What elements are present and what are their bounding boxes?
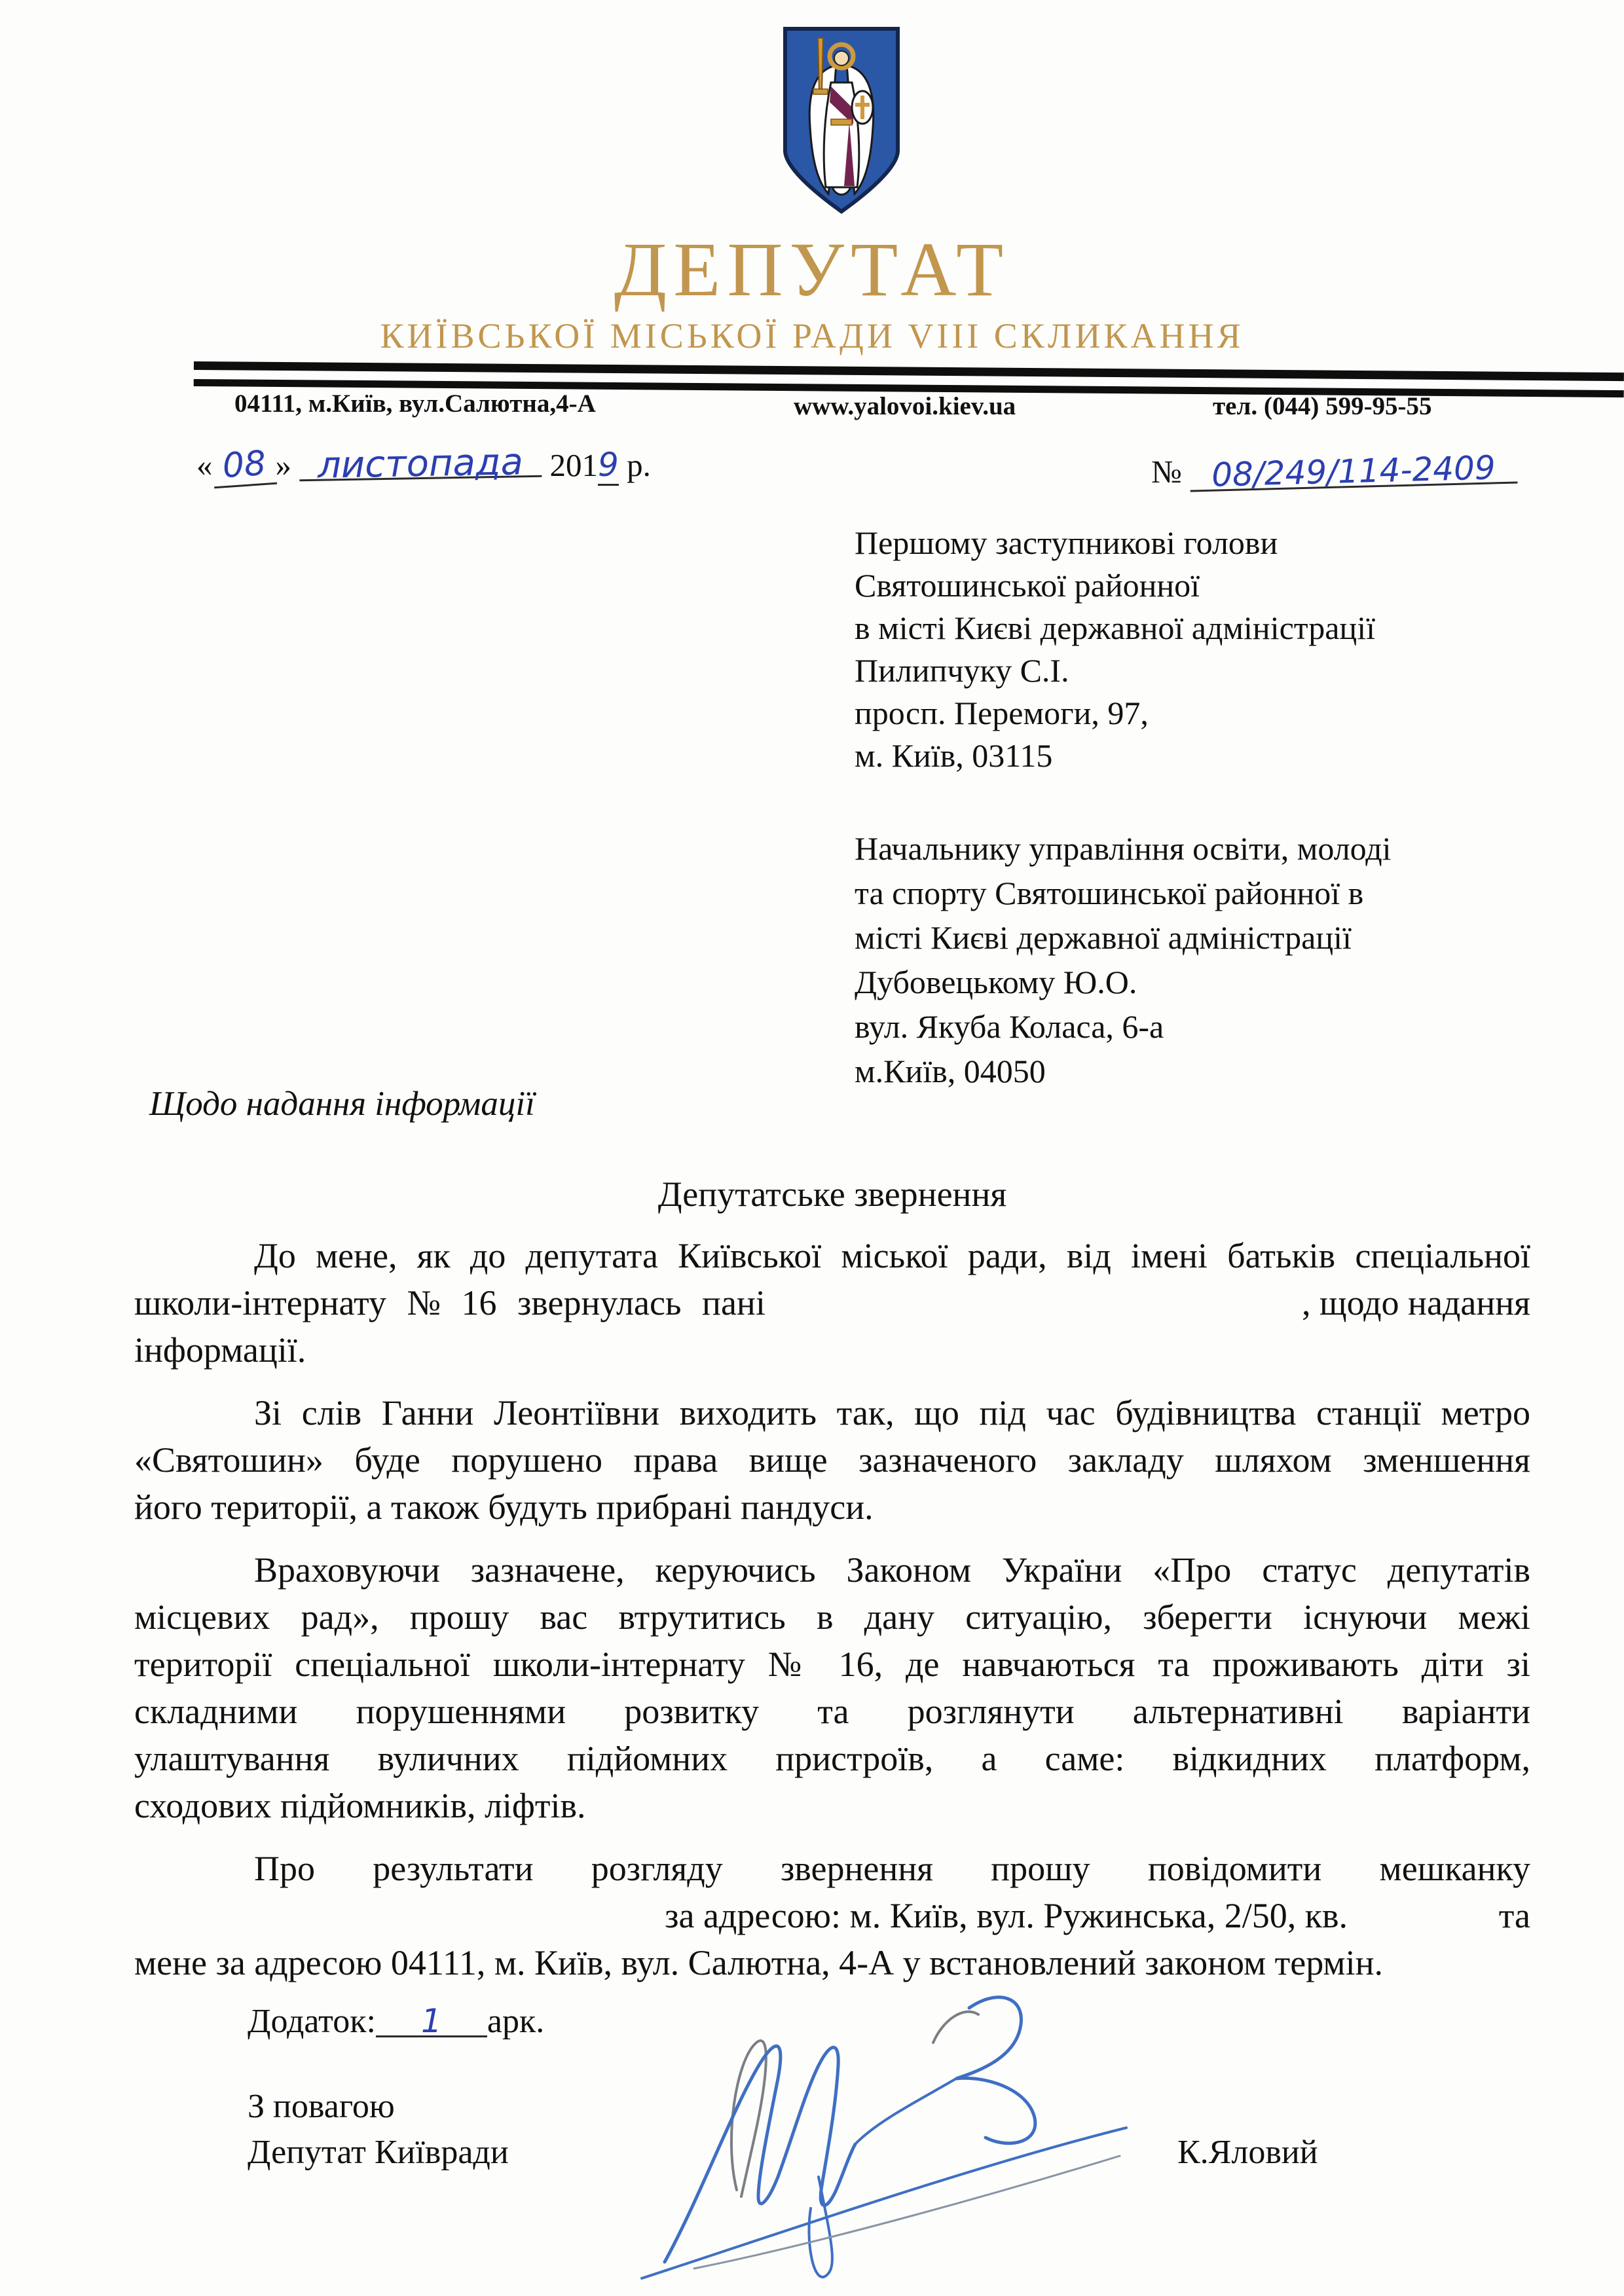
body-line: Зі слів Ганни Леонтіївни виходить так, щ… [134,1389,1530,1436]
recipient-line: місті Києві державної адміністрації [855,915,1503,960]
contact-phone: тел. (044) 599-95-55 [1213,392,1432,421]
salutation: З повагою [248,2087,395,2126]
body-line: за адресою: м. Київ, вул. Ружинська, 2/5… [134,1892,1530,1939]
signer-name: К.Яловий [1177,2133,1318,2172]
contact-website: www.yalovoi.kiev.ua [794,392,1016,421]
recipient-line: Начальнику управління освіти, молоді [855,826,1503,871]
body-line: «Святошин» буде порушено права вище зазн… [134,1436,1530,1484]
recipient-line: просп. Перемоги, 97, [855,692,1503,735]
number-label: № [1151,454,1182,490]
quote-open: « [196,447,213,483]
paragraphs-container: До мене, як до депутата Київської місько… [134,1232,1530,1986]
body-line: До мене, як до депутата Київської місько… [134,1232,1530,1279]
recipient-block-1: Першому заступникові головиСвятошинської… [855,522,1503,777]
recipient-line: м.Київ, 04050 [855,1049,1503,1093]
attachment-line: Додаток:1арк. [248,2002,544,2041]
scanned-letter-page: ДЕПУТАТ КИЇВСЬКОЇ МІСЬКОЇ РАДИ VIII СКЛИ… [0,0,1624,2296]
recipient-line: вул. Якуба Коласа, 6-а [855,1004,1503,1049]
body-line: Враховуючи зазначене, керуючись Законом … [134,1546,1530,1594]
date-year-handwritten: 9 [598,446,619,486]
body-line: складними порушеннями розвитку та розгля… [134,1688,1530,1735]
contact-address: 04111, м.Київ, вул.Салютна,4-А [234,389,596,418]
letter-body: Депутатське звернення До мене, як до деп… [134,1171,1530,2002]
paragraph: До мене, як до депутата Київської місько… [134,1232,1530,1374]
ref-number-line: № 08/249/114-2409 [1151,453,1517,490]
date-suffix: р. [627,447,651,483]
recipient-line: Дубовецькому Ю.О. [855,960,1503,1004]
recipient-block-2: Начальнику управління освіти, молодіта с… [855,826,1503,1093]
recipient-line: Святошинської районної [855,564,1503,607]
date-month-handwritten: листопада [299,449,542,481]
body-line: мене за адресою 04111, м. Київ, вул. Сал… [134,1939,1530,1986]
date-day-handwritten: 08 [211,443,276,489]
body-line: улаштування вуличних підйомних пристроїв… [134,1735,1530,1782]
body-line: території спеціальної школи-інтернату № … [134,1641,1530,1688]
recipient-line: в місті Києві державної адміністрації [855,607,1503,649]
recipient-line: Пилипчуку С.І. [855,649,1503,692]
paragraph: Враховуючи зазначене, керуючись Законом … [134,1546,1530,1829]
recipient-line: м. Київ, 03115 [855,735,1503,777]
body-heading: Депутатське звернення [134,1171,1530,1218]
attachment-label: Додаток: [248,2003,376,2040]
paragraph: Зі слів Ганни Леонтіївни виходить так, щ… [134,1389,1530,1531]
letter-title: ДЕПУТАТ [0,225,1624,314]
date-line: «08» листопада 2019 р. [196,445,651,486]
attachment-count-handwritten: 1 [421,2002,442,2040]
recipient-line: Першому заступникові голови [855,522,1503,564]
recipient-line: та спорту Святошинської районної в [855,871,1503,915]
body-line: Про результати розгляду звернення прошу … [134,1845,1530,1892]
body-line: інформації. [134,1326,1530,1374]
signer-position: Депутат Київради [248,2133,509,2172]
paragraph: Про результати розгляду звернення прошу … [134,1845,1530,1986]
kyiv-emblem [776,22,907,219]
ref-number-handwritten: 08/249/114-2409 [1189,452,1517,492]
sword [818,38,823,92]
body-line: школи-інтернату № 16 звернулась пані, що… [134,1279,1530,1326]
body-line: сходових підйомників, ліфтів. [134,1782,1530,1829]
date-year-printed: 201 [550,447,599,483]
subject-line: Щодо надання інформації [149,1084,535,1123]
attachment-suffix: арк. [487,2003,544,2040]
body-line: місцевих рад», прошу вас втрутитись в да… [134,1594,1530,1641]
body-line: його території, а також будуть прибрані … [134,1484,1530,1531]
signature [602,1980,1153,2288]
letter-subtitle: КИЇВСЬКОЇ МІСЬКОЇ РАДИ VIII СКЛИКАННЯ [0,316,1624,356]
quote-close: » [276,447,292,483]
